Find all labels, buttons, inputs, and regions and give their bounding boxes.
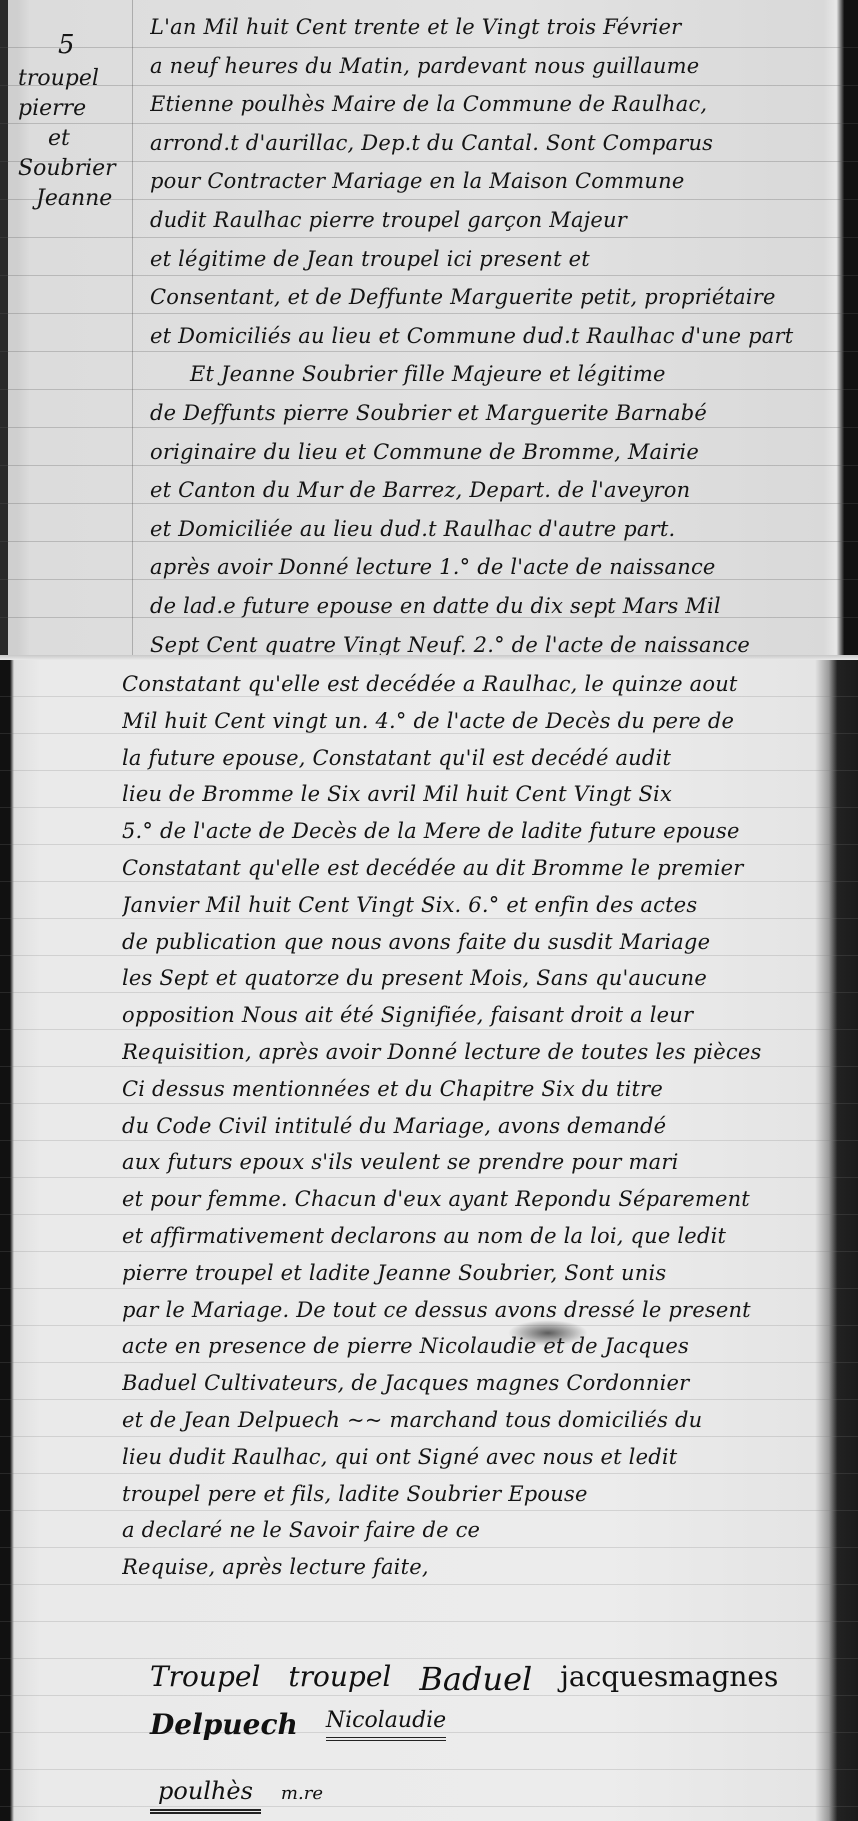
mayor-title: m.re (281, 1783, 323, 1804)
text-line: Constatant qu'elle est decédée a Raulhac… (122, 666, 822, 703)
text-line: Requisition, après avoir Donné lecture d… (122, 1034, 822, 1071)
text-line: Ci dessus mentionnées et du Chapitre Six… (122, 1071, 822, 1108)
text-line: du Code Civil intitulé du Mariage, avons… (122, 1108, 822, 1145)
signature: Baduel (419, 1660, 532, 1698)
text-line: Requise, après lecture faite, (122, 1549, 822, 1586)
text-line: et Canton du Mur de Barrez, Depart. de l… (150, 471, 840, 510)
text-line: pierre troupel et ladite Jeanne Soubrier… (122, 1255, 822, 1292)
signature: Delpuech (150, 1708, 298, 1741)
text-line: Mil huit Cent vingt un. 4.° de l'acte de… (122, 703, 822, 740)
signature-row: Delpuech Nicolaudie (150, 1708, 778, 1741)
text-line: lieu dudit Raulhac, qui ont Signé avec n… (122, 1439, 822, 1476)
text-line: et pour femme. Chacun d'eux ayant Repond… (122, 1181, 822, 1218)
signature: troupel (288, 1660, 391, 1698)
text-line: pour Contracter Mariage en la Maison Com… (150, 162, 840, 201)
text-line: Baduel Cultivateurs, de Jacques magnes C… (122, 1365, 822, 1402)
text-line: et Domiciliée au lieu dud.t Raulhac d'au… (150, 510, 840, 549)
entry-number: 5 (18, 30, 128, 60)
scan-page-top: 5 troupel pierre et Soubrier Jeanne L'an… (0, 0, 858, 660)
record-text-bottom: Constatant qu'elle est decédée a Raulhac… (122, 666, 822, 1586)
text-line: Consentant, et de Deffunte Marguerite pe… (150, 278, 840, 317)
ink-blot (508, 1320, 588, 1346)
text-line: acte en presence de pierre Nicolaudie et… (122, 1328, 822, 1365)
record-text-top: L'an Mil huit Cent trente et le Vingt tr… (150, 8, 858, 660)
text-line: Constatant qu'elle est decédée au dit Br… (122, 850, 822, 887)
text-line: Etienne poulhès Maire de la Commune de R… (150, 85, 840, 124)
text-line: a declaré ne le Savoir faire de ce (122, 1512, 822, 1549)
text-line: de publication que nous avons faite du s… (122, 924, 822, 961)
text-line: après avoir Donné lecture 1.° de l'acte … (150, 548, 840, 587)
signature: jacquesmagnes (560, 1660, 778, 1698)
mayor-signature: poulhès m.re (150, 1777, 778, 1814)
text-line: et légitime de Jean troupel ici present … (150, 240, 840, 279)
text-line: par le Mariage. De tout ce dessus avons … (122, 1292, 822, 1329)
text-line: arrond.t d'aurillac, Dep.t du Cantal. So… (150, 124, 840, 163)
signature: Nicolaudie (326, 1708, 446, 1741)
text-line: originaire du lieu et Commune de Bromme,… (150, 433, 840, 472)
text-line: aux futurs epoux s'ils veulent se prendr… (122, 1144, 822, 1181)
text-line: la future epouse, Constatant qu'il est d… (122, 740, 822, 777)
text-line: les Sept et quatorze du present Mois, Sa… (122, 960, 822, 997)
text-line: et affirmativement declarons au nom de l… (122, 1218, 822, 1255)
text-line: L'an Mil huit Cent trente et le Vingt tr… (150, 8, 840, 47)
text-line: troupel pere et fils, ladite Soubrier Ep… (122, 1476, 822, 1513)
signature-row: Troupel troupel Baduel jacquesmagnes (150, 1660, 778, 1698)
text-line: dudit Raulhac pierre troupel garçon Maje… (150, 201, 840, 240)
text-line: et Domiciliés au lieu et Commune dud.t R… (150, 317, 840, 356)
text-line: 5.° de l'acte de Decès de la Mere de lad… (122, 813, 822, 850)
margin-annotation: 5 troupel pierre et Soubrier Jeanne (18, 30, 128, 214)
text-line: a neuf heures du Matin, pardevant nous g… (150, 47, 840, 86)
text-line: et de Jean Delpuech ~~ marchand tous dom… (122, 1402, 822, 1439)
signatures-block: Troupel troupel Baduel jacquesmagnes Del… (150, 1660, 778, 1814)
text-line: Janvier Mil huit Cent Vingt Six. 6.° et … (122, 887, 822, 924)
signature: Troupel (150, 1660, 260, 1698)
text-line: de Deffunts pierre Soubrier et Marguerit… (150, 394, 840, 433)
signature: poulhès (150, 1777, 261, 1814)
text-line: opposition Nous ait été Signifiée, faisa… (122, 997, 822, 1034)
scan-page-bottom: Constatant qu'elle est decédée a Raulhac… (0, 660, 858, 1821)
text-line: lieu de Bromme le Six avril Mil huit Cen… (122, 776, 822, 813)
text-line: Et Jeanne Soubrier fille Majeure et légi… (150, 355, 858, 394)
text-line: de lad.e future epouse en datte du dix s… (150, 587, 840, 626)
